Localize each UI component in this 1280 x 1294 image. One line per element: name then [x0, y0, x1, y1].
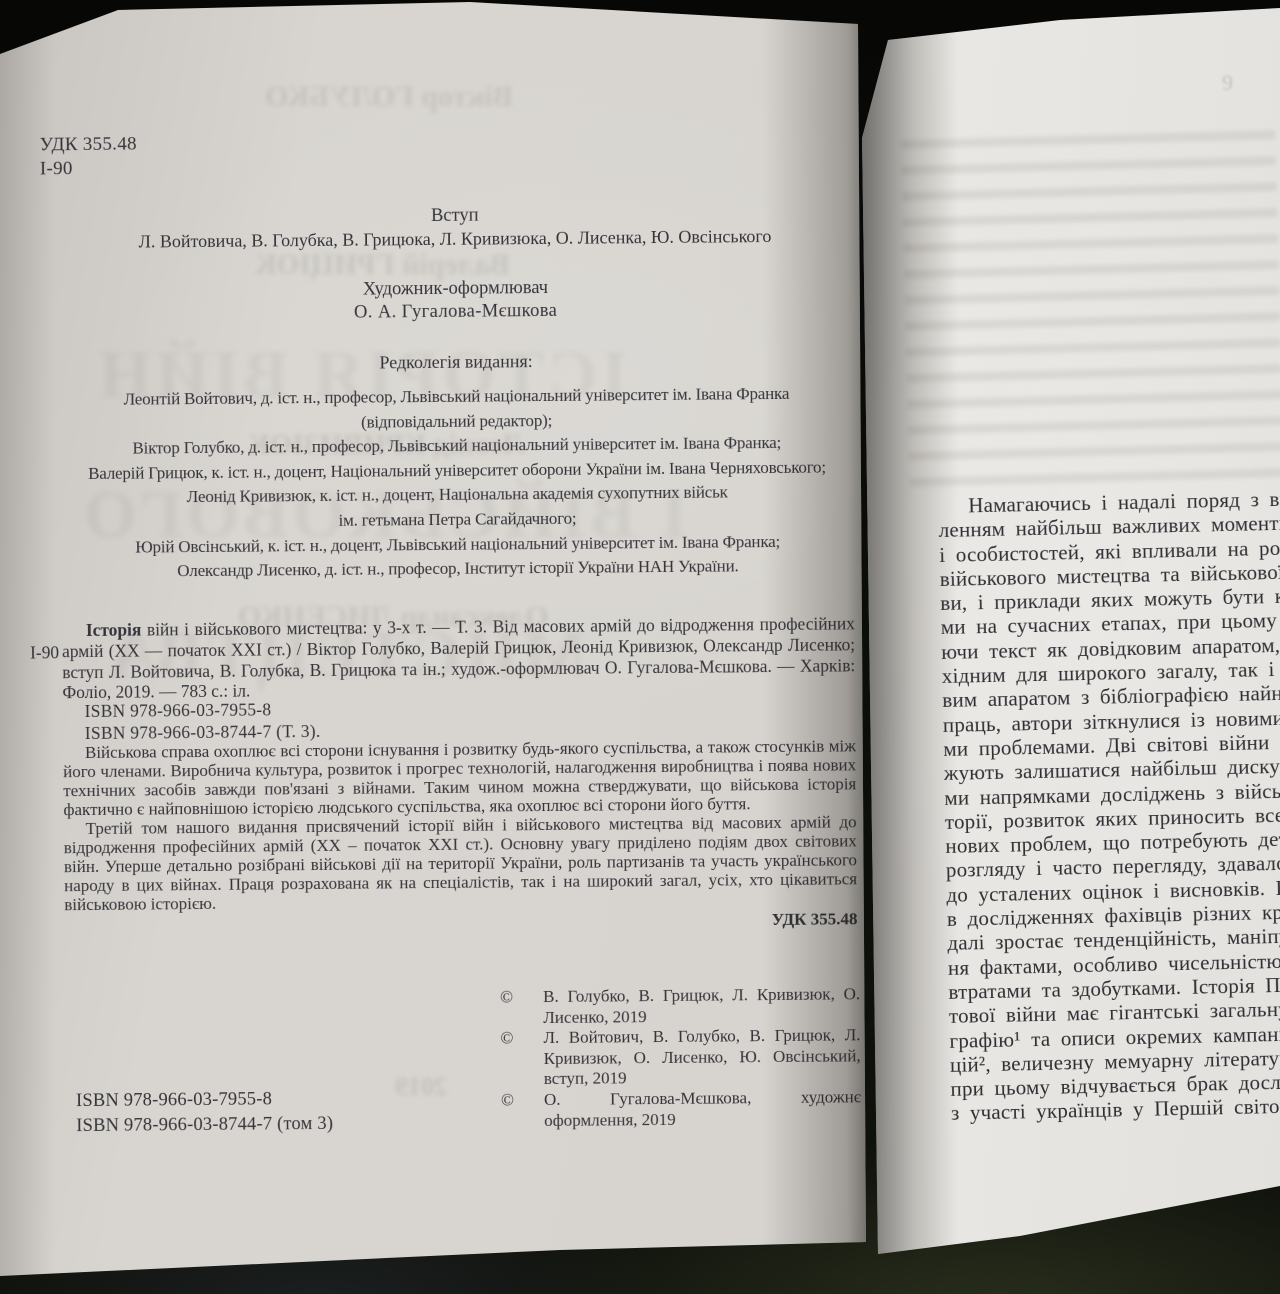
- right-page-text: Намагаючись і надалі поряд з ви ленням н…: [938, 487, 1280, 1126]
- editorial-board-list: Леонтій Войтович, д. іст. н., професор, …: [60, 381, 855, 585]
- page-number-showthrough: 9: [1222, 70, 1233, 96]
- copyright-symbol: ©: [500, 1028, 544, 1090]
- copyright-symbol: ©: [500, 987, 543, 1029]
- annotation-paragraph-2: Третій том нашого видання присвячений іс…: [64, 812, 858, 914]
- catalog-record: Історія війн і військового мистецтва: у …: [62, 613, 856, 703]
- isbn-footer-block: ISBN 978-966-03-7955-8 ISBN 978-966-03-8…: [76, 1087, 333, 1139]
- copyright-symbol: ©: [501, 1090, 544, 1132]
- isbn-line: ISBN 978-966-03-7955-8: [85, 699, 321, 723]
- intro-authors: Л. Войтовича, В. Голубка, В. Грицюка, Л.…: [58, 225, 851, 253]
- designer-name: О. А. Гугалова-Мєшкова: [59, 298, 852, 326]
- annotation-block: Військова справа охоплює всі сторони існ…: [63, 736, 858, 935]
- left-page-edge-shadow: [0, 0, 55, 1294]
- catalog-lead-word: Історія: [86, 620, 142, 640]
- catalog-description: війн і військового мистецтва: у 3-х т. —…: [62, 613, 855, 702]
- isbn-footer-line: ISBN 978-966-03-8744-7 (том 3): [76, 1112, 333, 1139]
- isbn-footer-line: ISBN 978-966-03-7955-8: [76, 1087, 333, 1114]
- annotation-paragraph-1: Військова справа охоплює всі сторони існ…: [63, 736, 857, 819]
- catalog-isbn-block: ISBN 978-966-03-7955-8 ISBN 978-966-03-8…: [85, 699, 321, 744]
- editorial-board-heading: Редколегія видання:: [60, 348, 853, 376]
- left-page-gutter-shadow: [762, 0, 868, 1294]
